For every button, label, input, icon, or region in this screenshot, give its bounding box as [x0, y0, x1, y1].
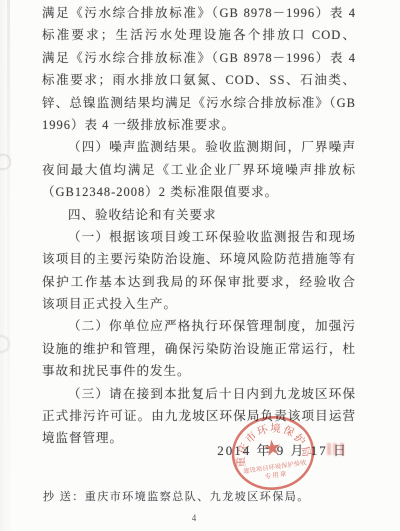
document-text-line: 事故和扰民事件的发生。: [42, 360, 356, 382]
document-text-line: （三）请在接到本批复后十日内到九龙坡区环保局办理: [42, 383, 356, 405]
document-text-line: 该项目的主要污染防治设施、环境风险防范措施等有关环境: [42, 248, 356, 270]
document-text-line: 标准要求；雨水排放口氨氮、COD、SS、石油类、总磷、总: [42, 69, 356, 91]
document-body: 满足《污水综合排放标准》（GB 8978－1996）表 4 一级排放标准要求；生…: [42, 2, 356, 450]
seal-inner-line2: 专用章: [264, 469, 288, 481]
page-number: 4: [0, 513, 388, 523]
document-text-line: （四）噪声监测结果。验收监测期间，厂界噪声昼间、: [42, 136, 356, 158]
document-text-line: 该项目正式投入生产。: [42, 293, 356, 315]
document-text-line: 满足《污水综合排放标准》（GB 8978－1996）表 4 一级排放: [42, 47, 356, 69]
document-text-line: （二）你单位应严格执行环保管理制度，加强污染防治: [42, 315, 356, 337]
document-text-line: 标准要求；生活污水处理设施各个排放口 COD、SS、氨氮均: [42, 24, 356, 46]
document-text-line: （一）根据该项目竣工环保验收监测报告和现场检查，: [42, 226, 356, 248]
document-text-line: 锌、总镍监测结果均满足《污水综合排放标准》（GB 8978－: [42, 92, 356, 114]
document-text-line: （GB12348-2008）2 类标准限值要求。: [42, 181, 356, 203]
scan-edge-artifact: [7, 0, 10, 531]
cc-line: 抄 送：重庆市环境监察总队、九龙坡区环保局。: [43, 488, 310, 504]
document-text-line: 正式排污许可证。由九龙坡区环保局负责该项目运营期的环: [42, 405, 356, 427]
document-lines: 满足《污水综合排放标准》（GB 8978－1996）表 4 一级排放标准要求；生…: [42, 2, 356, 450]
document-text-line: 夜间最大值均满足《工业企业厂界环境噪声排放标准》: [42, 159, 356, 181]
document-text-line: 满足《污水综合排放标准》（GB 8978－1996）表 4 一级排放: [42, 2, 356, 24]
document-date: 2014 年 9 月 17 日: [217, 441, 348, 461]
document-text-line: 保护工作基本达到我局的环保审批要求，经验收合格，准予: [42, 271, 356, 293]
document-text-line: 1996）表 4 一级排放标准要求。: [42, 114, 356, 136]
document-text-line: 设施的维护和管理，确保污染防治设施正常运行，杜绝污染: [42, 338, 356, 360]
document-text-line: 四、验收结论和有关要求: [42, 204, 356, 226]
scanned-document-page: 满足《污水综合排放标准》（GB 8978－1996）表 4 一级排放标准要求；生…: [0, 0, 400, 531]
